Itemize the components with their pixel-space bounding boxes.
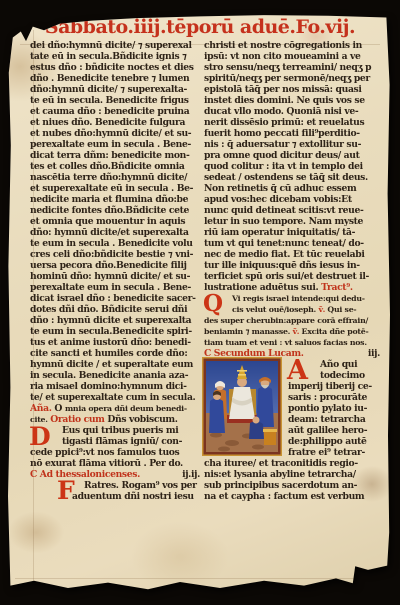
rubric-text: Oratio cum xyxy=(50,414,107,425)
text-line: te/ et superexaltate cum in secula. xyxy=(30,392,200,403)
text-line: Vi regis israel intende:qui dedu- xyxy=(204,293,380,304)
body-text: saris : procurāte xyxy=(288,392,367,403)
rubric-text: Aña. xyxy=(30,403,54,414)
body-text: tus et anime iustorū dño: benedi- xyxy=(30,337,191,348)
rubric-text: C Ad thessalonicenses. xyxy=(30,469,140,480)
rubric-text: ṽ. xyxy=(293,327,302,336)
body-text: hymnū dicite / et superaltate eum xyxy=(30,359,193,370)
body-text: beniamin ⁊ manasse. xyxy=(204,327,293,336)
body-text: hominū dño: hymnū dicite/ et su- xyxy=(30,271,190,282)
body-text: epistolā tāq̄ per nos missā: quasi xyxy=(204,84,362,95)
text-line: nunc quid detineat scitis:vt reue- xyxy=(204,205,380,216)
body-text: stro sensu/neqʒ terreamini/ neqʒ p xyxy=(204,62,371,73)
body-text: cite sancti et humiles corde dño: xyxy=(30,348,187,359)
text-line: uersa pecora dño.Benedicite filij xyxy=(30,260,200,271)
rubric-text: Tract⁹. xyxy=(321,282,353,293)
body-text: dño . Benedicite tenebre ⁊ lumen xyxy=(30,73,189,84)
body-text: Qui se- xyxy=(327,305,356,314)
body-text: tigasti flāmas igniū/ con- xyxy=(62,436,182,447)
text-line: dño . Benedicite tenebre ⁊ lumen xyxy=(30,73,200,84)
body-text: tur ille iniquus:quē dñs iesus in- xyxy=(204,260,360,271)
body-text: quod colitur : ita vt in templo dei xyxy=(204,161,363,172)
body-text: Vi regis israel intende:qui dedu- xyxy=(232,294,365,303)
text-line: et omnia que mouentur in aquis xyxy=(30,216,200,227)
body-text: cres celi dño:bñdicite bestie ⁊ vni- xyxy=(30,249,193,260)
body-text: et omnia que mouentur in aquis xyxy=(30,216,185,227)
body-text: nis:et lysania abyline tetrarcha/ xyxy=(204,469,356,480)
body-text: te eum in secula . Benedicite volu xyxy=(30,238,193,249)
body-text: apud vos:hec dicebam vobis:Et xyxy=(204,194,352,205)
body-text: Ratres. Rogam⁹ vos per xyxy=(84,480,197,491)
text-line: pra omne quod dicitur deus/ aut xyxy=(204,150,380,161)
body-text: dño : hymnū dicite et superexalta xyxy=(30,315,191,326)
text-line: terficiet spū oris sui/et destruet il- xyxy=(204,271,380,282)
text-line: hymnū dicite / et superaltate eum xyxy=(30,359,200,370)
text-line: te eum in secula.Benedicite spiri- xyxy=(30,326,200,337)
text-line: dño:hymnū dicite/ ⁊ superexalta- xyxy=(30,84,200,95)
text-line: dicat terra dñm: benedicite mon- xyxy=(30,150,200,161)
text-line: tum vt qui tenet:nunc teneat/ do- xyxy=(204,238,380,249)
text-line: tus et anime iustorū dño: benedi- xyxy=(30,337,200,348)
body-text: dicat terra dñm: benedicite mon- xyxy=(30,150,189,161)
text-line: et cauma dño : benedicite pruina xyxy=(30,106,200,117)
text-line: letur in suo tempore. Nam myste xyxy=(204,216,380,227)
body-text: perexaltate eum in secula . Bene- xyxy=(30,139,191,150)
text-line: Non retinetis q̄ cū adhuc essem xyxy=(204,183,380,194)
body-text: dotes dñi dño. Bñdicite serui dñi xyxy=(30,304,187,315)
text-line: te eum in secula . Benedicite volu xyxy=(30,238,200,249)
text-line: nis : q̄ aduersatur ⁊ extollitur su- xyxy=(204,139,380,150)
text-line: sub principibus sacerdotum an- xyxy=(204,480,380,491)
text-line: spiritū/neqʒ per sermonē/neqʒ per xyxy=(204,73,380,84)
text-line: Ratres. Rogam⁹ vos per xyxy=(30,480,200,491)
body-text: na et caypha : factum est verbum xyxy=(204,491,364,502)
body-text: Excita dñe potē- xyxy=(302,327,369,336)
text-line: nedicite maria et flumina dño:be xyxy=(30,194,200,205)
body-text: letur in suo tempore. Nam myste xyxy=(204,216,363,227)
body-text: mnia opera dñi deum benedi- xyxy=(65,404,187,413)
text-line: ria misael domino:hymnum dici- xyxy=(30,381,200,392)
text-line: riū iam operatur iniquitatis/ tā- xyxy=(204,227,380,238)
body-text: fuerit homo peccati fili⁹perditio- xyxy=(204,128,360,139)
text-line: ducat vllo modo. Quoniā nisi ve- xyxy=(204,106,380,117)
body-text: nis : q̄ aduersatur ⁊ extollitur su- xyxy=(204,139,361,150)
text-line: in secula. Benedicite anania aza- xyxy=(30,370,200,381)
text-line: nō exurat flāma vitiorū . Per do. xyxy=(30,458,200,469)
miniature-stool xyxy=(263,429,277,445)
body-text: Non retinetis q̄ cū adhuc essem xyxy=(204,183,356,194)
photo-mat: Sabbato.iiij.tēporū aduē.Fo.vij. dei dño… xyxy=(0,0,400,605)
text-line: cede ppici⁹:vt nos famulos tuos xyxy=(30,447,200,458)
body-text: todecimo xyxy=(320,370,365,381)
body-text: dei dño:hymnū dicite/ ⁊ superexal xyxy=(30,40,192,51)
body-text: nunc quid detineat scitis:vt reue- xyxy=(204,205,363,216)
body-text: dicat israel dño : benedicite sacer- xyxy=(30,293,196,304)
text-line: cis velut ouē/ioseph. ṽ. Qui se- xyxy=(204,304,380,315)
body-text: tes et colles dño.Bñdicite omnia xyxy=(30,161,184,172)
text-line: dño: hymnū dicite/et superexalta xyxy=(30,227,200,238)
body-text: pontio pylato iu- xyxy=(288,403,367,414)
body-text: et niues dño. Benedicite fulgura xyxy=(30,117,185,128)
text-line: dicat israel dño : benedicite sacer- xyxy=(30,293,200,304)
body-text: christi et nostre cōgregationis in xyxy=(204,40,362,51)
miniature-illustration xyxy=(202,357,282,456)
body-text: sub principibus sacerdotum an- xyxy=(204,480,357,491)
body-text: sedeat / ostendens se tāq̄ sit deus. xyxy=(204,172,368,183)
text-line: cres celi dño:bñdicite bestie ⁊ vni- xyxy=(30,249,200,260)
body-text: ducat vllo modo. Quoniā nisi ve- xyxy=(204,106,358,117)
left-text-column: dei dño:hymnū dicite/ ⁊ superexaltate eū… xyxy=(30,40,200,508)
text-line: cite sancti et humiles corde dño: xyxy=(30,348,200,359)
body-text: perexaltate eum in secula . Bene- xyxy=(30,282,191,293)
text-line: tigasti flāmas igniū/ con- xyxy=(30,436,200,447)
text-line: apud vos:hec dicebam vobis:Et xyxy=(204,194,380,205)
body-text: ria misael domino:hymnum dici- xyxy=(30,381,187,392)
manuscript-leaf: Sabbato.iiij.tēporū aduē.Fo.vij. dei dño… xyxy=(0,0,400,605)
text-line: nedicite fontes dño.Bñdicite cete xyxy=(30,205,200,216)
text-line: dotes dñi dño. Bñdicite serui dñi xyxy=(30,304,200,315)
body-text: de:philippo autē xyxy=(288,436,367,447)
text-line: aduentum dñi nostri iesu xyxy=(30,491,200,502)
text-line: cha ituree/ et traconitidis regio- xyxy=(204,458,380,469)
text-line: stro sensu/neqʒ terreamini/ neqʒ p xyxy=(204,62,380,73)
body-text: nec de medio fiat. Et tūc reuelabi xyxy=(204,249,364,260)
body-text: nascētia terre dño:hymnū dicite/ xyxy=(30,172,187,183)
body-text: riū iam operatur iniquitatis/ tā- xyxy=(204,227,355,238)
body-text: des super cherubin:appare corā effrain/ xyxy=(204,316,368,325)
text-line: nec de medio fiat. Et tūc reuelabi xyxy=(204,249,380,260)
text-line: christi et nostre cōgregationis in xyxy=(204,40,380,51)
text-line: et superexaltate eū in secula . Be- xyxy=(30,183,200,194)
text-line: nis:et lysania abyline tetrarcha/ xyxy=(204,469,380,480)
body-text: uersa pecora dño.Benedicite filij xyxy=(30,260,187,271)
body-text: Dñs vobiscum. xyxy=(107,414,177,425)
body-text: aūt galilee hero- xyxy=(288,425,367,436)
text-line: tate eū in secula.Bñdicite ignis ⁊ xyxy=(30,51,200,62)
body-text: te eum in secula.Benedicite spiri- xyxy=(30,326,192,337)
body-text: cha ituree/ et traconitidis regio- xyxy=(204,458,358,469)
text-line: lustratione aduētus sui. Tract⁹. xyxy=(204,282,380,293)
text-line: dei dño:hymnū dicite/ ⁊ superexal xyxy=(30,40,200,51)
body-text: dño:hymnū dicite/ ⁊ superexalta- xyxy=(30,84,187,95)
text-line: quod colitur : ita vt in templo dei xyxy=(204,161,380,172)
fold-line xyxy=(15,578,355,579)
body-text: nerit dissēsio primū: et reuelatus xyxy=(204,117,364,128)
drop-cap-d: D xyxy=(29,424,51,449)
text-line: nascētia terre dño:hymnū dicite/ xyxy=(30,172,200,183)
body-text: Eus qui tribus pueris mi xyxy=(62,425,178,436)
body-text: tiam tuam et veni : vt saluos facias nos… xyxy=(204,338,367,347)
body-text: deam: tetrarcha xyxy=(288,414,365,425)
body-text: Año qui xyxy=(320,359,357,370)
body-text: et nubes dño:hymnū dicite/ et su- xyxy=(30,128,191,139)
leaf-shadow-wrap: Sabbato.iiij.tēporū aduē.Fo.vij. dei dño… xyxy=(0,0,400,605)
body-text: tum vt qui tenet:nunc teneat/ do- xyxy=(204,238,364,249)
body-text: et superexaltate eū in secula . Be- xyxy=(30,183,193,194)
text-line: beniamin ⁊ manasse. ṽ. Excita dñe potē- xyxy=(204,326,380,337)
text-line: instet dies domini. Ne quis vos se xyxy=(204,95,380,106)
drop-cap-f: F xyxy=(57,478,75,503)
running-title: Sabbato.iiij.tēporū aduē.Fo.vij. xyxy=(0,16,400,38)
text-line: des super cherubin:appare corā effrain/ xyxy=(204,315,380,326)
text-line: tiam tuam et veni : vt saluos facias nos… xyxy=(204,337,380,348)
text-line: perexaltate eum in secula . Bene- xyxy=(30,139,200,150)
text-line: te eū in secula. Benedicite frigus xyxy=(30,95,200,106)
body-text: nedicite fontes dño.Bñdicite cete xyxy=(30,205,189,216)
text-line: na et caypha : factum est verbum xyxy=(204,491,380,502)
drop-cap-a: A xyxy=(287,357,308,384)
body-text: terficiet spū oris sui/et destruet il- xyxy=(204,271,369,282)
text-line: C Ad thessalonicenses.ij.ij. xyxy=(30,469,200,480)
body-text: pra omne quod dicitur deus/ aut xyxy=(204,150,360,161)
body-text: instet dies domini. Ne quis vos se xyxy=(204,95,365,106)
text-line: hominū dño: hymnū dicite/ et su- xyxy=(30,271,200,282)
text-line: tes et colles dño.Bñdicite omnia xyxy=(30,161,200,172)
text-line: epistolā tāq̄ per nos missā: quasi xyxy=(204,84,380,95)
text-line: et nubes dño:hymnū dicite/ et su- xyxy=(30,128,200,139)
text-line: tur ille iniquus:quē dñs iesus in- xyxy=(204,260,380,271)
text-line: fuerit homo peccati fili⁹perditio- xyxy=(204,128,380,139)
body-text: spiritū/neqʒ per sermonē/neqʒ per xyxy=(204,73,370,84)
body-text: in secula. Benedicite anania aza- xyxy=(30,370,188,381)
text-line: ipsū: vt non cito moueamini a ve xyxy=(204,51,380,62)
body-text: te/ et superexaltate cum in secula. xyxy=(30,392,195,403)
body-text: dño: hymnū dicite/et superexalta xyxy=(30,227,189,238)
drop-cap-q: Q xyxy=(203,292,223,315)
text-line: et niues dño. Benedicite fulgura xyxy=(30,117,200,128)
body-text: fratre ei⁹ tetrar- xyxy=(288,447,365,458)
body-text: cis velut ouē/ioseph. xyxy=(232,305,319,314)
body-text: cede ppici⁹:vt nos famulos tuos xyxy=(30,447,179,458)
text-line: perexaltate eum in secula . Bene- xyxy=(30,282,200,293)
text-line: estus dño : bñdicite noctes et dies xyxy=(30,62,200,73)
body-text: aduentum dñi nostri iesu xyxy=(72,491,194,502)
text-line: Eus qui tribus pueris mi xyxy=(30,425,200,436)
body-text: ipsū: vt non cito moueamini a ve xyxy=(204,51,361,62)
text-line: Aña. O mnia opera dñi deum benedi- xyxy=(30,403,200,414)
body-text: estus dño : bñdicite noctes et dies xyxy=(30,62,194,73)
body-text: nō exurat flāma vitiorū . Per do. xyxy=(30,458,183,469)
body-text: et cauma dño : benedicite pruina xyxy=(30,106,189,117)
body-text: te eū in secula. Benedicite frigus xyxy=(30,95,189,106)
body-text: tate eū in secula.Bñdicite ignis ⁊ xyxy=(30,51,187,62)
body-text: nedicite maria et flumina dño:be xyxy=(30,194,188,205)
body-text: iij. xyxy=(368,348,380,359)
text-line: nerit dissēsio primū: et reuelatus xyxy=(204,117,380,128)
text-line: cite. Oratio cum Dñs vobiscum. xyxy=(30,414,200,425)
text-line: dño : hymnū dicite et superexalta xyxy=(30,315,200,326)
body-text: O xyxy=(54,403,65,414)
text-line: sedeat / ostendens se tāq̄ sit deus. xyxy=(204,172,380,183)
body-text: ij.ij. xyxy=(182,469,200,480)
